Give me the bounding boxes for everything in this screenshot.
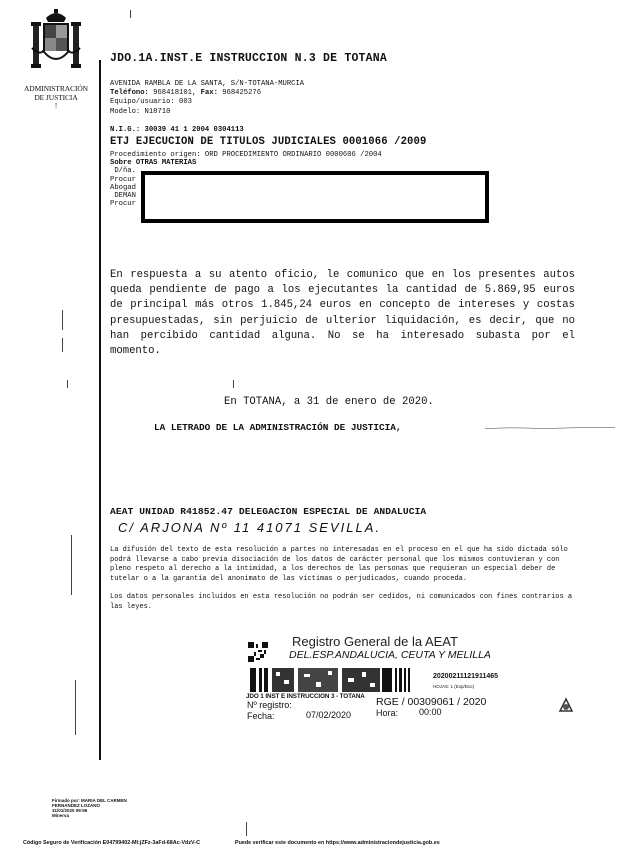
- fax-value: 968425276: [222, 89, 261, 97]
- stamp-subtitle: DEL.ESP.ANDALUCIA, CEUTA Y MELILLA: [289, 649, 491, 661]
- crest-label-line: DE JUSTICIA: [14, 93, 98, 102]
- scan-mark: [62, 338, 63, 352]
- nig-number: N.I.G.: 30039 41 1 2004 0304113: [110, 126, 244, 134]
- stamp-title: Registro General de la AEAT: [292, 634, 458, 649]
- procedure-origin: Procedimiento origen: ORD PROCEDIMIENTO …: [110, 151, 382, 159]
- registro-label: Nº registro:: [247, 700, 292, 710]
- barcode-icon: [250, 666, 426, 692]
- signer-title: LA LETRADO DE LA ADMINISTRACIÓN DE JUSTI…: [154, 422, 402, 433]
- court-name: JDO.1A.INST.E INSTRUCCION N.3 DE TOTANA: [110, 52, 387, 65]
- handwritten-address: C/ ARJONA Nº 11 41071 SEVILLA.: [118, 520, 381, 535]
- fax-label: Fax:: [201, 89, 218, 97]
- stamp-barcode-number: 20200211121911465: [433, 673, 498, 680]
- hora-label: Hora:: [376, 708, 398, 718]
- privacy-notice: La difusión del texto de esta resolución…: [110, 546, 580, 622]
- privacy-paragraph: La difusión del texto de esta resolución…: [110, 546, 580, 584]
- court-address: AVENIDA RAMBLA DE LA SANTA, S/N-TOTANA-M…: [110, 80, 304, 89]
- scan-mark: [67, 380, 68, 388]
- stamp-origin: JDO 1 INST E INSTRUCCION 3 - TOTANA: [246, 693, 365, 700]
- tick-mark: [233, 380, 234, 388]
- scan-mark: [71, 535, 72, 595]
- court-phone-fax: Teléfono: 968418101, Fax: 968425276: [110, 89, 304, 98]
- signature-line: Minerva: [52, 813, 127, 818]
- hora-value: 00:00: [419, 707, 442, 717]
- crest-label: ADMINISTRACIÓN DE JUSTICIA !: [14, 84, 98, 111]
- scan-mark: [75, 680, 76, 735]
- date-line: En TOTANA, a 31 de enero de 2020.: [224, 396, 434, 408]
- crest-label-line: ADMINISTRACIÓN: [14, 84, 98, 93]
- modelo: Modelo: N18710: [110, 108, 304, 117]
- scan-mark: [62, 310, 63, 330]
- stamp-hojas: HOJAS: 1 (Exp/Doc): [433, 684, 474, 689]
- fecha-label: Fecha:: [247, 711, 275, 721]
- verification-link[interactable]: Puede verificar este documento en https:…: [235, 840, 440, 846]
- tick-mark: !: [14, 102, 98, 111]
- registration-stamp: Registro General de la AEAT DEL.ESP.ANDA…: [244, 637, 614, 717]
- spain-coat-of-arms-icon: [30, 8, 82, 84]
- recipient-name: AEAT UNIDAD R41852.47 DELEGACION ESPECIA…: [110, 506, 426, 517]
- scan-mark: [130, 10, 131, 18]
- verification-code: Código Seguro de Verificación E04799402-…: [23, 840, 200, 846]
- digital-signature: Firmado por: MARIA DEL CARMEN FERNANDEZ …: [52, 798, 127, 818]
- margin-rule: [99, 60, 101, 760]
- signature-stroke: [485, 427, 615, 429]
- equipo-usuario: Equipo/usuario: 003: [110, 98, 304, 107]
- privacy-paragraph: Los datos personales incluidos en esta r…: [110, 593, 580, 612]
- fecha-value: 07/02/2020: [306, 710, 351, 720]
- qr-code-icon: [248, 642, 268, 662]
- case-title: ETJ EJECUCION DE TITULOS JUDICIALES 0001…: [110, 136, 426, 148]
- phone-value: 968418101,: [153, 89, 196, 97]
- case-subject: Sobre OTRAS MATERIAS: [110, 159, 382, 167]
- phone-label: Teléfono:: [110, 89, 149, 97]
- court-contact: AVENIDA RAMBLA DE LA SANTA, S/N-TOTANA-M…: [110, 80, 304, 117]
- redaction-box: [141, 171, 489, 223]
- scan-mark: [246, 822, 247, 836]
- body-paragraph: En respuesta a su atento oficio, le comu…: [110, 268, 575, 359]
- seal-icon: [557, 697, 575, 713]
